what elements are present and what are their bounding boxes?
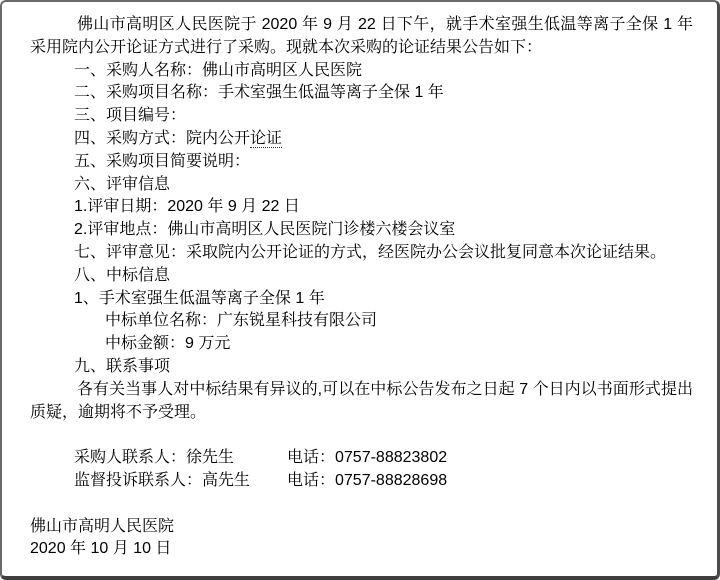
review-date-line: 1.评审日期：2020 年 9 月 22 日 (30, 196, 693, 219)
item-contact-heading: 九、联系事项 (30, 356, 693, 379)
blank-line (30, 424, 693, 447)
purchaser-contact-phone: 电话：0757-88823802 (287, 447, 447, 470)
procurement-method-underlined-text: 论证 (250, 130, 282, 148)
purchaser-contact-name: 采购人联系人：徐先生 (74, 447, 287, 470)
item-project-number: 三、项目编号： (30, 105, 693, 128)
item-review-opinion: 七、评审意见：采取院内公开论证的方式，经医院办公会议批复同意本次论证结果。 (30, 242, 693, 265)
purchaser-contact-row: 采购人联系人：徐先生 电话：0757-88823802 (30, 447, 693, 470)
signature-org: 佛山市高明人民医院 (30, 516, 595, 539)
item-purchaser-name: 一、采购人名称：佛山市高明区人民医院 (30, 60, 693, 83)
supervision-contact-row: 监督投诉联系人：高先生 电话：0757-88828698 (30, 470, 693, 493)
item-procurement-method: 四、采购方式：院内公开论证 (30, 128, 693, 151)
procurement-method-text: 四、采购方式：院内公开 (74, 130, 250, 147)
supervision-contact-name: 监督投诉联系人：高先生 (74, 470, 287, 493)
award-amount-line: 中标金额：9 万元 (30, 333, 693, 356)
blank-line (30, 493, 693, 516)
item-award-info-heading: 八、中标信息 (30, 265, 693, 288)
announcement-document: 佛山市高明区人民医院于 2020 年 9 月 22 日下午，就手术室强生低温等离… (0, 0, 720, 580)
supervision-contact-phone: 电话：0757-88828698 (287, 470, 447, 493)
item-project-name: 二、采购项目名称：手术室强生低温等离子全保 1 年 (30, 82, 693, 105)
award-winner-name-line: 中标单位名称：广东锐星科技有限公司 (30, 310, 693, 333)
intro-paragraph: 佛山市高明区人民医院于 2020 年 9 月 22 日下午，就手术室强生低温等离… (30, 14, 693, 60)
objection-notice-paragraph: 各有关当事人对中标结果有异议的,可以在中标公告发布之日起 7 个日内以书面形式提… (30, 379, 693, 425)
award-project-line: 1、手术室强生低温等离子全保 1 年 (30, 288, 693, 311)
review-location-line: 2.评审地点：佛山市高明区人民医院门诊楼六楼会议室 (30, 219, 693, 242)
signature-block: 佛山市高明人民医院 2020 年 10 月 10 日 (30, 516, 693, 562)
signature-date: 2020 年 10 月 10 日 (30, 538, 595, 561)
item-project-description: 五、采购项目简要说明： (30, 151, 693, 174)
item-review-info-heading: 六、评审信息 (30, 174, 693, 197)
